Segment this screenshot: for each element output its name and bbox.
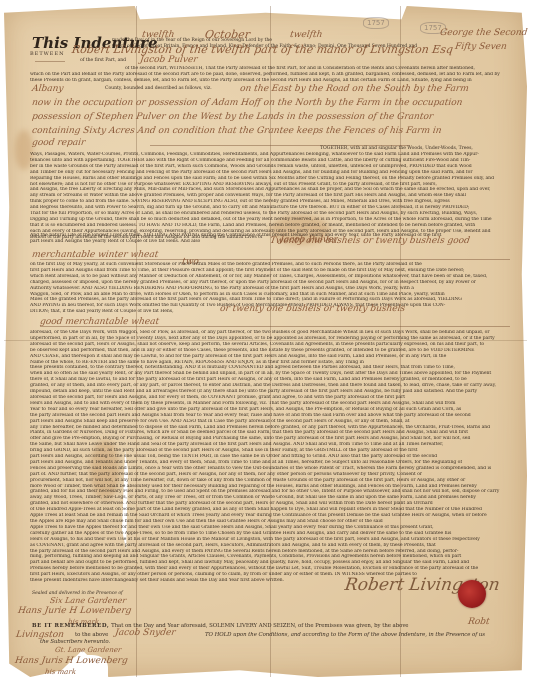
witness-1-line-b: Hans Jurie H Lowenberg [17, 606, 132, 616]
handwritten-boundary-3: possession of Stephen Pulver on the West… [31, 112, 433, 122]
body-line: carefully gather all the Apples of the t… [30, 531, 522, 537]
handwritten-sovereign: George the Second [439, 28, 528, 38]
handwritten-boundary-1: on the East by the Road on the South by … [239, 84, 469, 94]
body-line: Fences and preserving the said Roads and… [30, 466, 522, 472]
body-line: aforesaid of the second part, Heirs or A… [30, 342, 522, 348]
grant-clause: which on the Part and Behalf of the Part… [30, 72, 522, 84]
between-label: BETWEEN [30, 51, 64, 57]
body-line: Heirs or Assigns, to his and their own U… [30, 537, 522, 543]
handwritten-boundary-5: good repair [31, 138, 86, 148]
conditions-block: aforesaid, or the One Days Work, with Wa… [30, 330, 522, 584]
handwritten-county: Albany [31, 84, 64, 94]
remembered-lead: BE IT REMEMBERED, [32, 623, 109, 629]
witness-1-line-a: Six Lane Gardener [49, 596, 126, 605]
covenants-block: Ways, Passages, Waters, Water-Courses, P… [30, 152, 522, 241]
body-line: which Rent aforesaid, is to be paid with… [30, 274, 522, 280]
underline [40, 326, 510, 327]
body-line: Digging and Turning up the Ground, there… [30, 217, 522, 223]
body-line: and Timber be only cut for necessary Fen… [30, 170, 522, 176]
handwritten-cond-wheat-1: or twenty one bushels or twenty bushels [219, 304, 405, 314]
handwritten-reign-year: twelfth [289, 30, 323, 40]
body-line: first part Heirs and Assigns shall from … [30, 268, 522, 274]
body-line: procurement, Shall not, nor will not, at… [30, 478, 522, 484]
first-part-label: of the first Part, and [80, 58, 126, 64]
handwritten-month: October [204, 28, 251, 41]
wax-seal [458, 580, 486, 608]
underline [40, 259, 510, 260]
county-label: County, bounded and described as follows… [105, 86, 212, 92]
handwritten-rent-wheat-1: Twenty one bushels or twenty bushels goo… [269, 236, 470, 246]
body-line: part Heirs and Assigns, and Tenants and … [30, 460, 522, 466]
body-line: Repairing the Houses, Barns and other Bu… [30, 176, 522, 182]
body-line: the party aforesaid of the second part H… [30, 413, 522, 419]
handwritten-grantor: Robert Livingston of the twelfth part of… [71, 43, 454, 56]
livery-to: Jacob Snyder [114, 628, 176, 638]
handwritten-boundary-4: containing Sixty Acres And on condition … [31, 126, 442, 136]
handwritten-grantee: Jacob Pulver [139, 55, 198, 65]
body-line: that it is so encumbered and rendered us… [30, 223, 522, 229]
body-line: be observed kept and performed, that the… [30, 348, 522, 354]
body-line: unperformed, in part or in all, by the S… [30, 336, 522, 342]
archive-stamp: 1757 [363, 17, 389, 29]
handwritten-day: twelfth [141, 30, 175, 40]
underline [35, 61, 65, 62]
handwritten-boundary-2: now in the occupation or possession of A… [31, 98, 463, 108]
body-line: Year to Year and so every Year hereafter… [30, 407, 522, 413]
body-line: tenances unto and with appertaining. TOG… [30, 158, 522, 164]
body-line: Heirs and Assigns, and to and with every… [30, 401, 522, 407]
witness-2-mark: his mark [44, 668, 76, 676]
livery-from: Robt [467, 617, 490, 627]
handwritten-year: Fifty Seven [454, 42, 507, 52]
remembered-text-3: TO HOLD upon the Conditions, and accordi… [205, 633, 485, 639]
witness-2-line-b: Hans Juris H Lowenberg [14, 656, 128, 666]
livery-line-1: BE IT REMEMBERED, That on the Day and Ye… [32, 624, 408, 630]
body-line: these Presents do th grant, bargain, con… [30, 78, 522, 84]
witness-2-line-a: Gt. Lane Gardener [54, 646, 121, 654]
body-line: ber in the waste Grounds of the Party af… [30, 164, 522, 170]
body-line: charged, assessed or imposed, upon the h… [30, 280, 522, 286]
